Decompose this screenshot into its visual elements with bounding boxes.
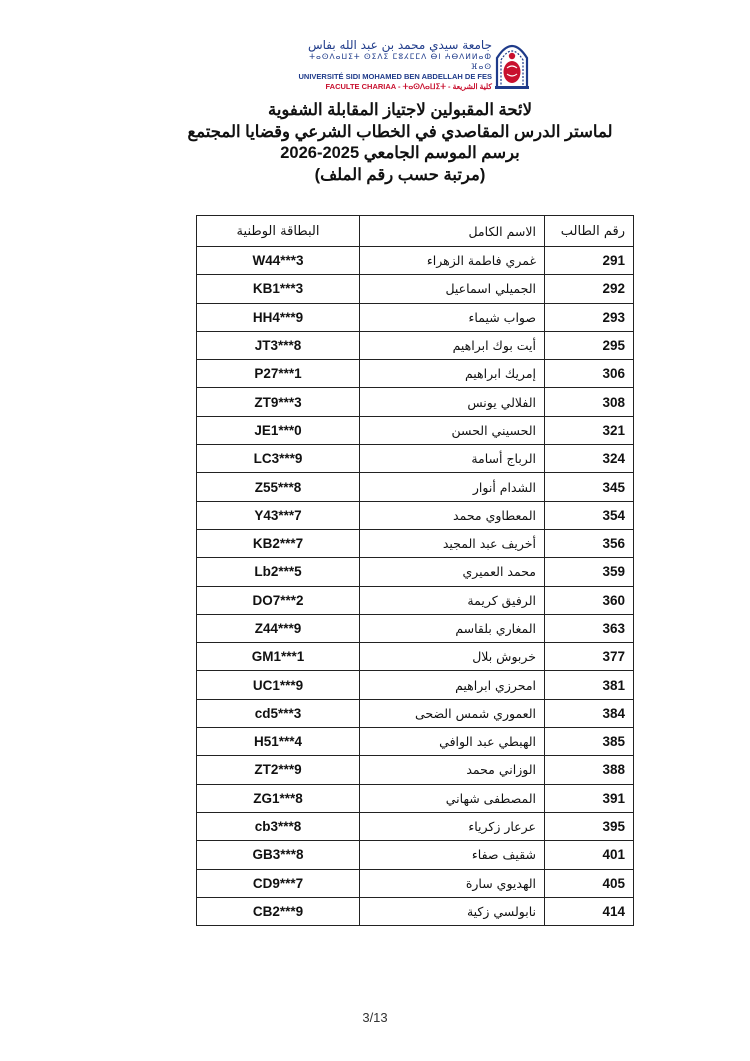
national-id-value: ZT9***3 <box>254 395 301 410</box>
student-number-cell: 414 <box>545 897 634 925</box>
student-number-cell: 359 <box>545 558 634 586</box>
national-id-cell: Z44***9 <box>197 614 360 642</box>
national-id-value: HH4***9 <box>253 310 303 325</box>
student-number-cell: 381 <box>545 671 634 699</box>
full-name-cell: عرعار زكرياء <box>360 812 545 840</box>
national-id-value: UC1***9 <box>253 678 303 693</box>
table-row: 414نابولسي زكيةCB2***9 <box>197 897 634 925</box>
document-title-block: لائحة المقبولين لاجتياز المقابلة الشفوية… <box>150 100 650 186</box>
student-number-cell: 291 <box>545 247 634 275</box>
student-number-cell: 395 <box>545 812 634 840</box>
student-number-cell: 384 <box>545 699 634 727</box>
national-id-value: Z44***9 <box>255 621 302 636</box>
table-row: 360الرفيق كريمةDO7***2 <box>197 586 634 614</box>
national-id-value: GM1***1 <box>252 649 305 664</box>
logo-text-block: جامعة سيدي محمد بن عبد الله بفاس ⵜⴰⵙⴷⴰⵡⵉ… <box>292 38 492 92</box>
national-id-cell: ZT9***3 <box>197 388 360 416</box>
column-header-full-name: الاسم الكامل <box>360 216 545 247</box>
national-id-value: JE1***0 <box>254 423 301 438</box>
student-number-cell: 306 <box>545 360 634 388</box>
national-id-cell: cb3***8 <box>197 812 360 840</box>
national-id-value: cb3***8 <box>255 819 302 834</box>
national-id-value: P27***1 <box>254 366 301 381</box>
table-row: 306إمريك ابراهيمP27***1 <box>197 360 634 388</box>
student-number-cell: 391 <box>545 784 634 812</box>
student-number-cell: 324 <box>545 445 634 473</box>
column-header-student-number: رقم الطالب <box>545 216 634 247</box>
full-name-cell: صواب شيماء <box>360 303 545 331</box>
table-body: 291غمري فاطمة الزهراءW44***3292الجميلي ا… <box>197 247 634 926</box>
national-id-value: GB3***8 <box>252 847 303 862</box>
national-id-cell: JE1***0 <box>197 416 360 444</box>
table-row: 385الهبطي عبد الوافيH51***4 <box>197 728 634 756</box>
national-id-value: W44***3 <box>252 253 303 268</box>
full-name-cell: العموري شمس الضحى <box>360 699 545 727</box>
national-id-value: Y43***7 <box>254 508 301 523</box>
student-number-cell: 401 <box>545 841 634 869</box>
table-row: 401شقيف صفاءGB3***8 <box>197 841 634 869</box>
table-row: 405الهديوي سارةCD9***7 <box>197 869 634 897</box>
student-number-cell: 308 <box>545 388 634 416</box>
logo-arabic-name: جامعة سيدي محمد بن عبد الله بفاس <box>292 38 492 52</box>
national-id-cell: KB1***3 <box>197 275 360 303</box>
national-id-value: H51***4 <box>254 734 302 749</box>
national-id-value: Lb2***5 <box>254 564 301 579</box>
university-logo: جامعة سيدي محمد بن عبد الله بفاس ⵜⴰⵙⴷⴰⵡⵉ… <box>300 38 530 96</box>
student-number-cell: 360 <box>545 586 634 614</box>
national-id-cell: DO7***2 <box>197 586 360 614</box>
student-number-cell: 356 <box>545 529 634 557</box>
national-id-cell: LC3***9 <box>197 445 360 473</box>
national-id-value: KB1***3 <box>253 281 303 296</box>
full-name-cell: امحرزي ابراهيم <box>360 671 545 699</box>
national-id-cell: CD9***7 <box>197 869 360 897</box>
title-academic-year: برسم الموسم الجامعي 2025-2026 <box>150 143 650 165</box>
table-row: 295أيت بوك ابراهيمJT3***8 <box>197 331 634 359</box>
student-number-cell: 363 <box>545 614 634 642</box>
student-number-cell: 405 <box>545 869 634 897</box>
table-row: 345الشدام أنوارZ55***8 <box>197 473 634 501</box>
table-row: 354المعطاوي محمدY43***7 <box>197 501 634 529</box>
full-name-cell: الهديوي سارة <box>360 869 545 897</box>
student-number-cell: 385 <box>545 728 634 756</box>
logo-faculty-line: FACULTE CHARIAA - ⵜⴰⵙⴷⴰⵡⵉⵜ - كلية الشريع… <box>292 82 492 92</box>
national-id-cell: UC1***9 <box>197 671 360 699</box>
national-id-cell: Z55***8 <box>197 473 360 501</box>
student-number-cell: 354 <box>545 501 634 529</box>
national-id-value: KB2***7 <box>253 536 303 551</box>
table-row: 391المصطفى شهانيZG1***8 <box>197 784 634 812</box>
logo-french-name: UNIVERSITÉ SIDI MOHAMED BEN ABDELLAH DE … <box>292 72 492 82</box>
national-id-cell: P27***1 <box>197 360 360 388</box>
table-row: 356أخريف عبد المجيدKB2***7 <box>197 529 634 557</box>
national-id-value: cd5***3 <box>255 706 302 721</box>
national-id-cell: ZG1***8 <box>197 784 360 812</box>
national-id-value: CB2***9 <box>253 904 303 919</box>
full-name-cell: نابولسي زكية <box>360 897 545 925</box>
national-id-value: Z55***8 <box>255 480 302 495</box>
table-row: 359محمد العميريLb2***5 <box>197 558 634 586</box>
national-id-cell: JT3***8 <box>197 331 360 359</box>
column-header-national-id: البطاقة الوطنية <box>197 216 360 247</box>
table-row: 321الحسيني الحسنJE1***0 <box>197 416 634 444</box>
full-name-cell: محمد العميري <box>360 558 545 586</box>
logo-amazigh-name: ⵜⴰⵙⴷⴰⵡⵉⵜ ⵙⵉⴷⵉ ⵎⵓⵃⵎⵎⴷ ⴱⵏ ⵄⴱⴷⵍⵍⴰⵀ ⴼⴰⵙ <box>292 52 492 72</box>
full-name-cell: أيت بوك ابراهيم <box>360 331 545 359</box>
national-id-value: LC3***9 <box>254 451 303 466</box>
full-name-cell: الهبطي عبد الوافي <box>360 728 545 756</box>
national-id-cell: H51***4 <box>197 728 360 756</box>
full-name-cell: الفلالي يونس <box>360 388 545 416</box>
national-id-value: CD9***7 <box>253 876 303 891</box>
national-id-cell: HH4***9 <box>197 303 360 331</box>
table-row: 395عرعار زكرياءcb3***8 <box>197 812 634 840</box>
national-id-cell: GM1***1 <box>197 643 360 671</box>
full-name-cell: أخريف عبد المجيد <box>360 529 545 557</box>
table-row: 324الرباج أسامةLC3***9 <box>197 445 634 473</box>
student-number-cell: 388 <box>545 756 634 784</box>
student-number-cell: 295 <box>545 331 634 359</box>
table-row: 363المغاري بلقاسمZ44***9 <box>197 614 634 642</box>
full-name-cell: الرفيق كريمة <box>360 586 545 614</box>
admitted-students-table: رقم الطالب الاسم الكامل البطاقة الوطنية … <box>196 215 634 926</box>
table-row: 381امحرزي ابراهيمUC1***9 <box>197 671 634 699</box>
university-emblem-icon <box>494 38 530 90</box>
national-id-value: ZG1***8 <box>253 791 303 806</box>
national-id-value: JT3***8 <box>255 338 302 353</box>
national-id-cell: Y43***7 <box>197 501 360 529</box>
full-name-cell: شقيف صفاء <box>360 841 545 869</box>
full-name-cell: خربوش بلال <box>360 643 545 671</box>
full-name-cell: الجميلي اسماعيل <box>360 275 545 303</box>
full-name-cell: الحسيني الحسن <box>360 416 545 444</box>
full-name-cell: إمريك ابراهيم <box>360 360 545 388</box>
document-page: جامعة سيدي محمد بن عبد الله بفاس ⵜⴰⵙⴷⴰⵡⵉ… <box>0 0 750 1061</box>
national-id-value: DO7***2 <box>252 593 303 608</box>
national-id-cell: CB2***9 <box>197 897 360 925</box>
full-name-cell: غمري فاطمة الزهراء <box>360 247 545 275</box>
student-number-cell: 345 <box>545 473 634 501</box>
table-row: 291غمري فاطمة الزهراءW44***3 <box>197 247 634 275</box>
title-list-heading: لائحة المقبولين لاجتياز المقابلة الشفوية <box>150 100 650 122</box>
national-id-cell: W44***3 <box>197 247 360 275</box>
national-id-cell: ZT2***9 <box>197 756 360 784</box>
national-id-cell: GB3***8 <box>197 841 360 869</box>
title-program-name: لماستر الدرس المقاصدي في الخطاب الشرعي و… <box>150 122 650 144</box>
full-name-cell: الشدام أنوار <box>360 473 545 501</box>
page-number: 3/13 <box>0 1010 750 1025</box>
table-row: 388الوزاني محمدZT2***9 <box>197 756 634 784</box>
table-header-row: رقم الطالب الاسم الكامل البطاقة الوطنية <box>197 216 634 247</box>
national-id-cell: cd5***3 <box>197 699 360 727</box>
table-row: 377خربوش بلالGM1***1 <box>197 643 634 671</box>
table-row: 293صواب شيماءHH4***9 <box>197 303 634 331</box>
table-row: 308الفلالي يونسZT9***3 <box>197 388 634 416</box>
national-id-cell: Lb2***5 <box>197 558 360 586</box>
table-row: 384العموري شمس الضحىcd5***3 <box>197 699 634 727</box>
student-number-cell: 293 <box>545 303 634 331</box>
full-name-cell: الوزاني محمد <box>360 756 545 784</box>
student-number-cell: 292 <box>545 275 634 303</box>
table-row: 292الجميلي اسماعيلKB1***3 <box>197 275 634 303</box>
title-sort-note: (مرتبة حسب رقم الملف) <box>150 165 650 187</box>
full-name-cell: المغاري بلقاسم <box>360 614 545 642</box>
national-id-cell: KB2***7 <box>197 529 360 557</box>
student-number-cell: 321 <box>545 416 634 444</box>
student-number-cell: 377 <box>545 643 634 671</box>
full-name-cell: المعطاوي محمد <box>360 501 545 529</box>
full-name-cell: الرباج أسامة <box>360 445 545 473</box>
national-id-value: ZT2***9 <box>254 762 301 777</box>
full-name-cell: المصطفى شهاني <box>360 784 545 812</box>
